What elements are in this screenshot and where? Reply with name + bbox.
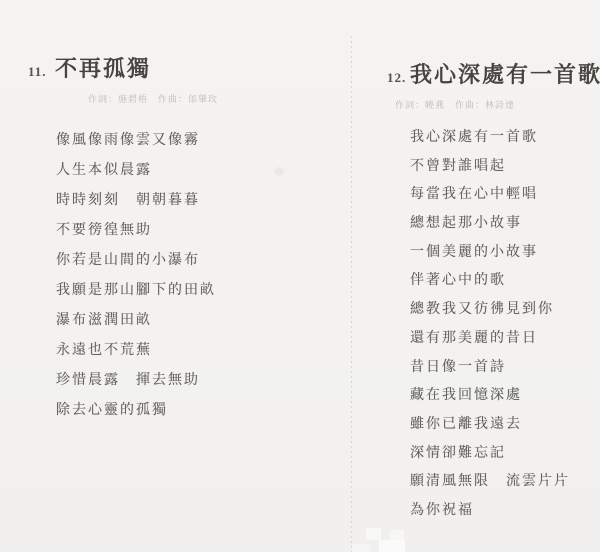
song-12-section: 12. 我心深處有一首歌 作詞：曉燕 作曲：林詩達 bbox=[387, 58, 600, 111]
scan-smudge bbox=[274, 167, 284, 176]
song-11-number: 11. bbox=[28, 64, 55, 80]
lyric-line: 雖你已離我遠去 bbox=[410, 409, 570, 438]
lyric-line: 珍惜晨露 揮去無助 bbox=[56, 364, 216, 394]
lyric-line: 你若是山間的小瀑布 bbox=[56, 244, 216, 274]
lyric-line: 永遠也不荒蕪 bbox=[56, 334, 216, 364]
song-11-title: 不再孤獨 bbox=[55, 52, 151, 83]
lyric-line: 總教我又彷彿見到你 bbox=[410, 294, 570, 323]
lyric-line: 昔日像一首詩 bbox=[410, 352, 570, 381]
song-11-header: 11. 不再孤獨 bbox=[28, 52, 218, 83]
lyric-line: 時時刻刻 朝朝暮暮 bbox=[56, 184, 216, 214]
lyric-line: 每當我在心中輕唱 bbox=[410, 179, 570, 208]
scan-white-patch bbox=[379, 540, 405, 552]
lyric-line: 我心深處有一首歌 bbox=[410, 122, 570, 151]
scan-white-patch bbox=[366, 528, 381, 540]
lyric-line: 總想起那小故事 bbox=[410, 208, 570, 237]
song-11-credits: 作詞：施碧梧 作曲：邰肇玫 bbox=[88, 92, 218, 105]
lyric-line: 深情卻難忘記 bbox=[410, 438, 570, 467]
lyric-line: 人生本似晨露 bbox=[56, 154, 216, 184]
song-12-number: 12. bbox=[387, 70, 410, 86]
scan-white-patch bbox=[352, 544, 370, 552]
lyric-line: 瀑布滋潤田畝 bbox=[56, 304, 216, 334]
lyric-line: 伴著心中的歌 bbox=[410, 265, 570, 294]
lyric-line: 不要徬徨無助 bbox=[56, 214, 216, 244]
lyric-line: 像風像雨像雲又像霧 bbox=[56, 124, 216, 154]
lyric-line: 願清風無限 流雲片片 bbox=[410, 466, 570, 495]
song-11-lyrics: 像風像雨像雲又像霧 人生本似晨露 時時刻刻 朝朝暮暮 不要徬徨無助 你若是山間的… bbox=[56, 124, 216, 424]
lyric-line: 不曾對誰唱起 bbox=[410, 151, 570, 180]
songbook-page: 11. 不再孤獨 作詞：施碧梧 作曲：邰肇玫 像風像雨像雲又像霧 人生本似晨露 … bbox=[0, 0, 600, 552]
lyric-line: 為你祝福 bbox=[410, 495, 570, 524]
lyric-line: 我願是那山腳下的田畝 bbox=[56, 274, 216, 304]
lyric-line: 藏在我回憶深處 bbox=[410, 380, 570, 409]
song-12-lyrics: 我心深處有一首歌 不曾對誰唱起 每當我在心中輕唱 總想起那小故事 一個美麗的小故… bbox=[410, 122, 570, 524]
column-divider bbox=[351, 36, 352, 552]
lyric-line: 除去心靈的孤獨 bbox=[56, 394, 216, 424]
song-12-title: 我心深處有一首歌 bbox=[410, 58, 600, 89]
song-12-header: 12. 我心深處有一首歌 bbox=[387, 58, 600, 89]
lyric-line: 一個美麗的小故事 bbox=[410, 237, 570, 266]
lyric-line: 還有那美麗的昔日 bbox=[410, 323, 570, 352]
song-11-section: 11. 不再孤獨 作詞：施碧梧 作曲：邰肇玫 bbox=[28, 52, 218, 105]
scan-white-patch bbox=[390, 530, 404, 541]
song-12-credits: 作詞：曉燕 作曲：林詩達 bbox=[395, 98, 600, 111]
